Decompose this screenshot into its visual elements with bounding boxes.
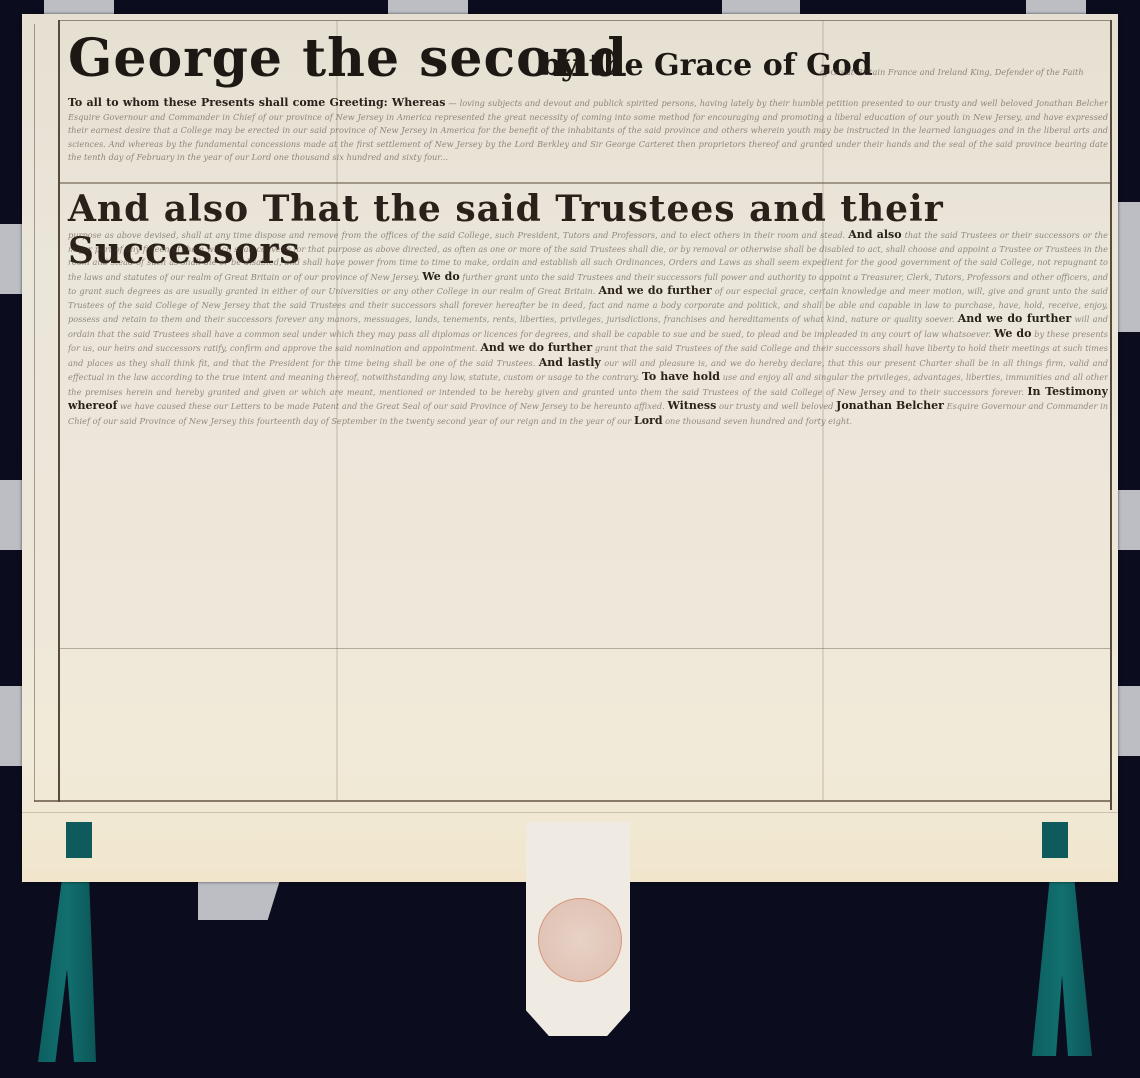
wax-seal <box>538 898 622 982</box>
tape-strip <box>198 880 280 920</box>
tape-strip <box>0 224 24 294</box>
charter-body-text: purpose as above devised, shall at any t… <box>68 228 1108 648</box>
left-border-outer <box>34 24 35 802</box>
text-end-line <box>58 648 1112 649</box>
section-fold <box>58 182 1112 184</box>
flap-fold <box>22 812 1118 813</box>
tape-strip <box>1118 490 1140 550</box>
testimony-phrase: In Testimony whereof <box>68 385 1108 413</box>
ribbon-left <box>38 876 96 1062</box>
left-border <box>58 20 60 802</box>
preamble-text: To all to whom these Presents shall come… <box>68 96 1108 180</box>
ribbon-slot-right <box>1042 822 1068 858</box>
right-border <box>1110 20 1112 810</box>
signatory-name: Jonathan Belcher <box>836 399 944 412</box>
tape-strip <box>1118 686 1140 756</box>
witness-label: Witness <box>667 399 716 412</box>
tape-strip <box>0 480 24 550</box>
tape-strip <box>0 686 24 766</box>
title-continuation: of Great Britain France and Ireland King… <box>820 66 1110 80</box>
salutation: To all to whom these Presents shall come… <box>68 96 445 109</box>
ribbon-right <box>1032 876 1092 1056</box>
ribbon-slot-left <box>66 822 92 858</box>
bottom-border <box>34 800 1112 802</box>
top-border <box>58 20 1112 21</box>
